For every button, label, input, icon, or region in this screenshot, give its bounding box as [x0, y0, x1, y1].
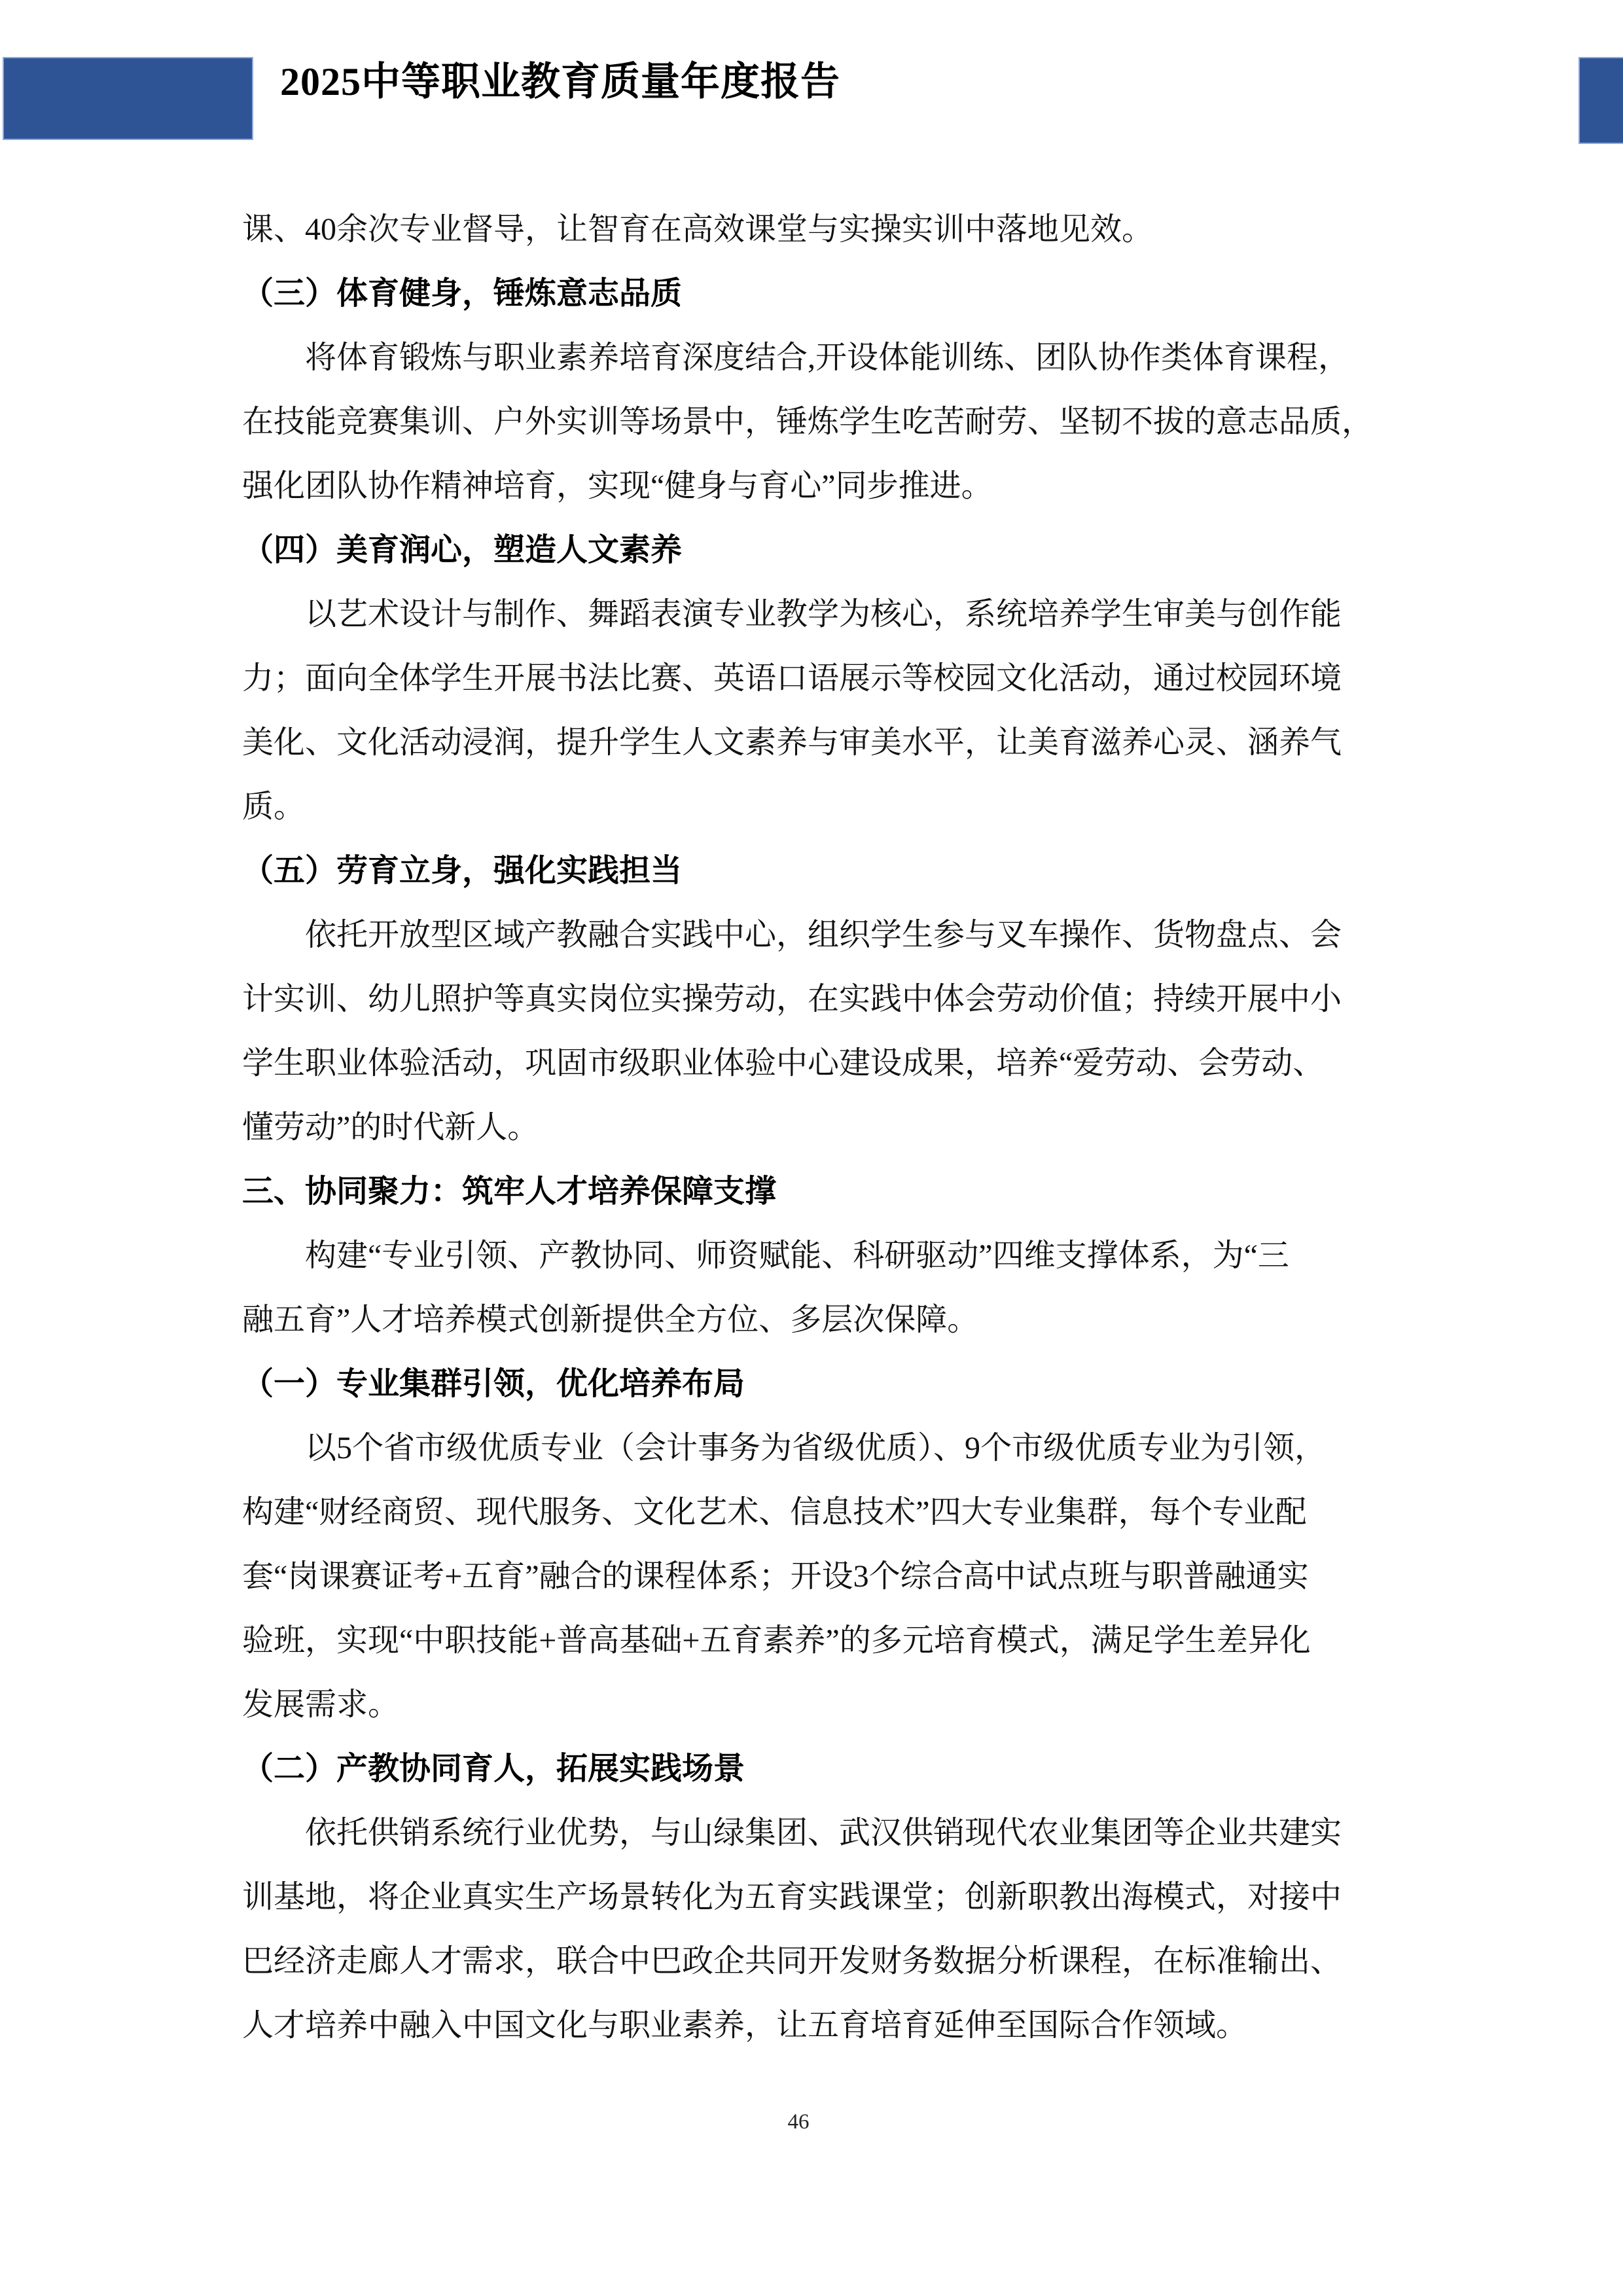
body-text-line: 懂劳动”的时代新人。	[242, 1096, 1382, 1160]
section-heading-line: 三、协同聚力：筑牢人才培养保障支撑	[242, 1160, 1382, 1224]
body-text-line: 依托开放型区域产教融合实践中心，组织学生参与叉车操作、货物盘点、会	[242, 903, 1382, 967]
document-page: 2025中等职业教育质量年度报告 课、40余次专业督导，让智育在高效课堂与实操实…	[0, 0, 1623, 2296]
body-text-line: 强化团队协作精神培育，实现“健身与育心”同步推进。	[242, 454, 1382, 518]
body-text-line: 套“岗课赛证考+五育”融合的课程体系；开设3个综合高中试点班与职普融通实	[242, 1545, 1382, 1609]
body-text-line: 课、40余次专业督导，让智育在高效课堂与实操实训中落地见效。	[242, 198, 1382, 262]
section-heading-line: （一）专业集群引领，优化培养布局	[242, 1352, 1382, 1416]
body-text-line: 力；面向全体学生开展书法比赛、英语口语展示等校园文化活动，通过校园环境	[242, 647, 1382, 711]
body-text-line: 计实训、幼儿照护等真实岗位实操劳动，在实践中体会劳动价值；持续开展中小	[242, 967, 1382, 1031]
body-text-line: 人才培养中融入中国文化与职业素养，让五育培育延伸至国际合作领域。	[242, 1994, 1382, 2058]
page-number: 46	[242, 2109, 1355, 2135]
body-text-line: 在技能竞赛集训、户外实训等场景中，锤炼学生吃苦耐劳、坚韧不拔的意志品质，	[242, 390, 1382, 454]
body-text-line: 巴经济走廊人才需求，联合中巴政企共同开发财务数据分析课程，在标准输出、	[242, 1929, 1382, 1994]
text-lines: 课、40余次专业督导，让智育在高效课堂与实操实训中落地见效。（三）体育健身，锤炼…	[242, 198, 1382, 2058]
page-header-title: 2025中等职业教育质量年度报告	[280, 59, 840, 105]
body-text-line: 以5个省市级优质专业（会计事务为省级优质）、9个市级优质专业为引领，	[242, 1416, 1382, 1480]
body-text-line: 验班，实现“中职技能+普高基础+五育素养”的多元培育模式，满足学生差异化	[242, 1609, 1382, 1673]
section-heading-line: （五）劳育立身，强化实践担当	[242, 839, 1382, 903]
body-text-line: 发展需求。	[242, 1673, 1382, 1737]
body-text-line: 融五育”人才培养模式创新提供全方位、多层次保障。	[242, 1288, 1382, 1352]
section-heading-line: （四）美育润心，塑造人文素养	[242, 518, 1382, 583]
body-text-line: 将体育锻炼与职业素养培育深度结合,开设体能训练、团队协作类体育课程，	[242, 326, 1382, 390]
body-text-line: 美化、文化活动浸润，提升学生人文素养与审美水平，让美育滋养心灵、涵养气	[242, 711, 1382, 775]
body-text-line: 构建“财经商贸、现代服务、文化艺术、信息技术”四大专业集群，每个专业配	[242, 1480, 1382, 1545]
body-text-line: 构建“专业引领、产教协同、师资赋能、科研驱动”四维支撑体系，为“三	[242, 1224, 1382, 1288]
header-accent-bar-left	[3, 57, 253, 140]
section-heading-line: （二）产教协同育人，拓展实践场景	[242, 1737, 1382, 1801]
body-text-line: 训基地，将企业真实生产场景转化为五育实践课堂；创新职教出海模式，对接中	[242, 1865, 1382, 1929]
header-accent-bar-right	[1578, 57, 1623, 144]
body-text-line: 依托供销系统行业优势，与山绿集团、武汉供销现代农业集团等企业共建实	[242, 1801, 1382, 1865]
section-heading-line: （三）体育健身，锤炼意志品质	[242, 262, 1382, 326]
body-text-line: 学生职业体验活动，巩固市级职业体验中心建设成果，培养“爱劳动、会劳动、	[242, 1031, 1382, 1096]
body-text-line: 以艺术设计与制作、舞蹈表演专业教学为核心，系统培养学生审美与创作能	[242, 583, 1382, 647]
body-text-line: 质。	[242, 775, 1382, 839]
